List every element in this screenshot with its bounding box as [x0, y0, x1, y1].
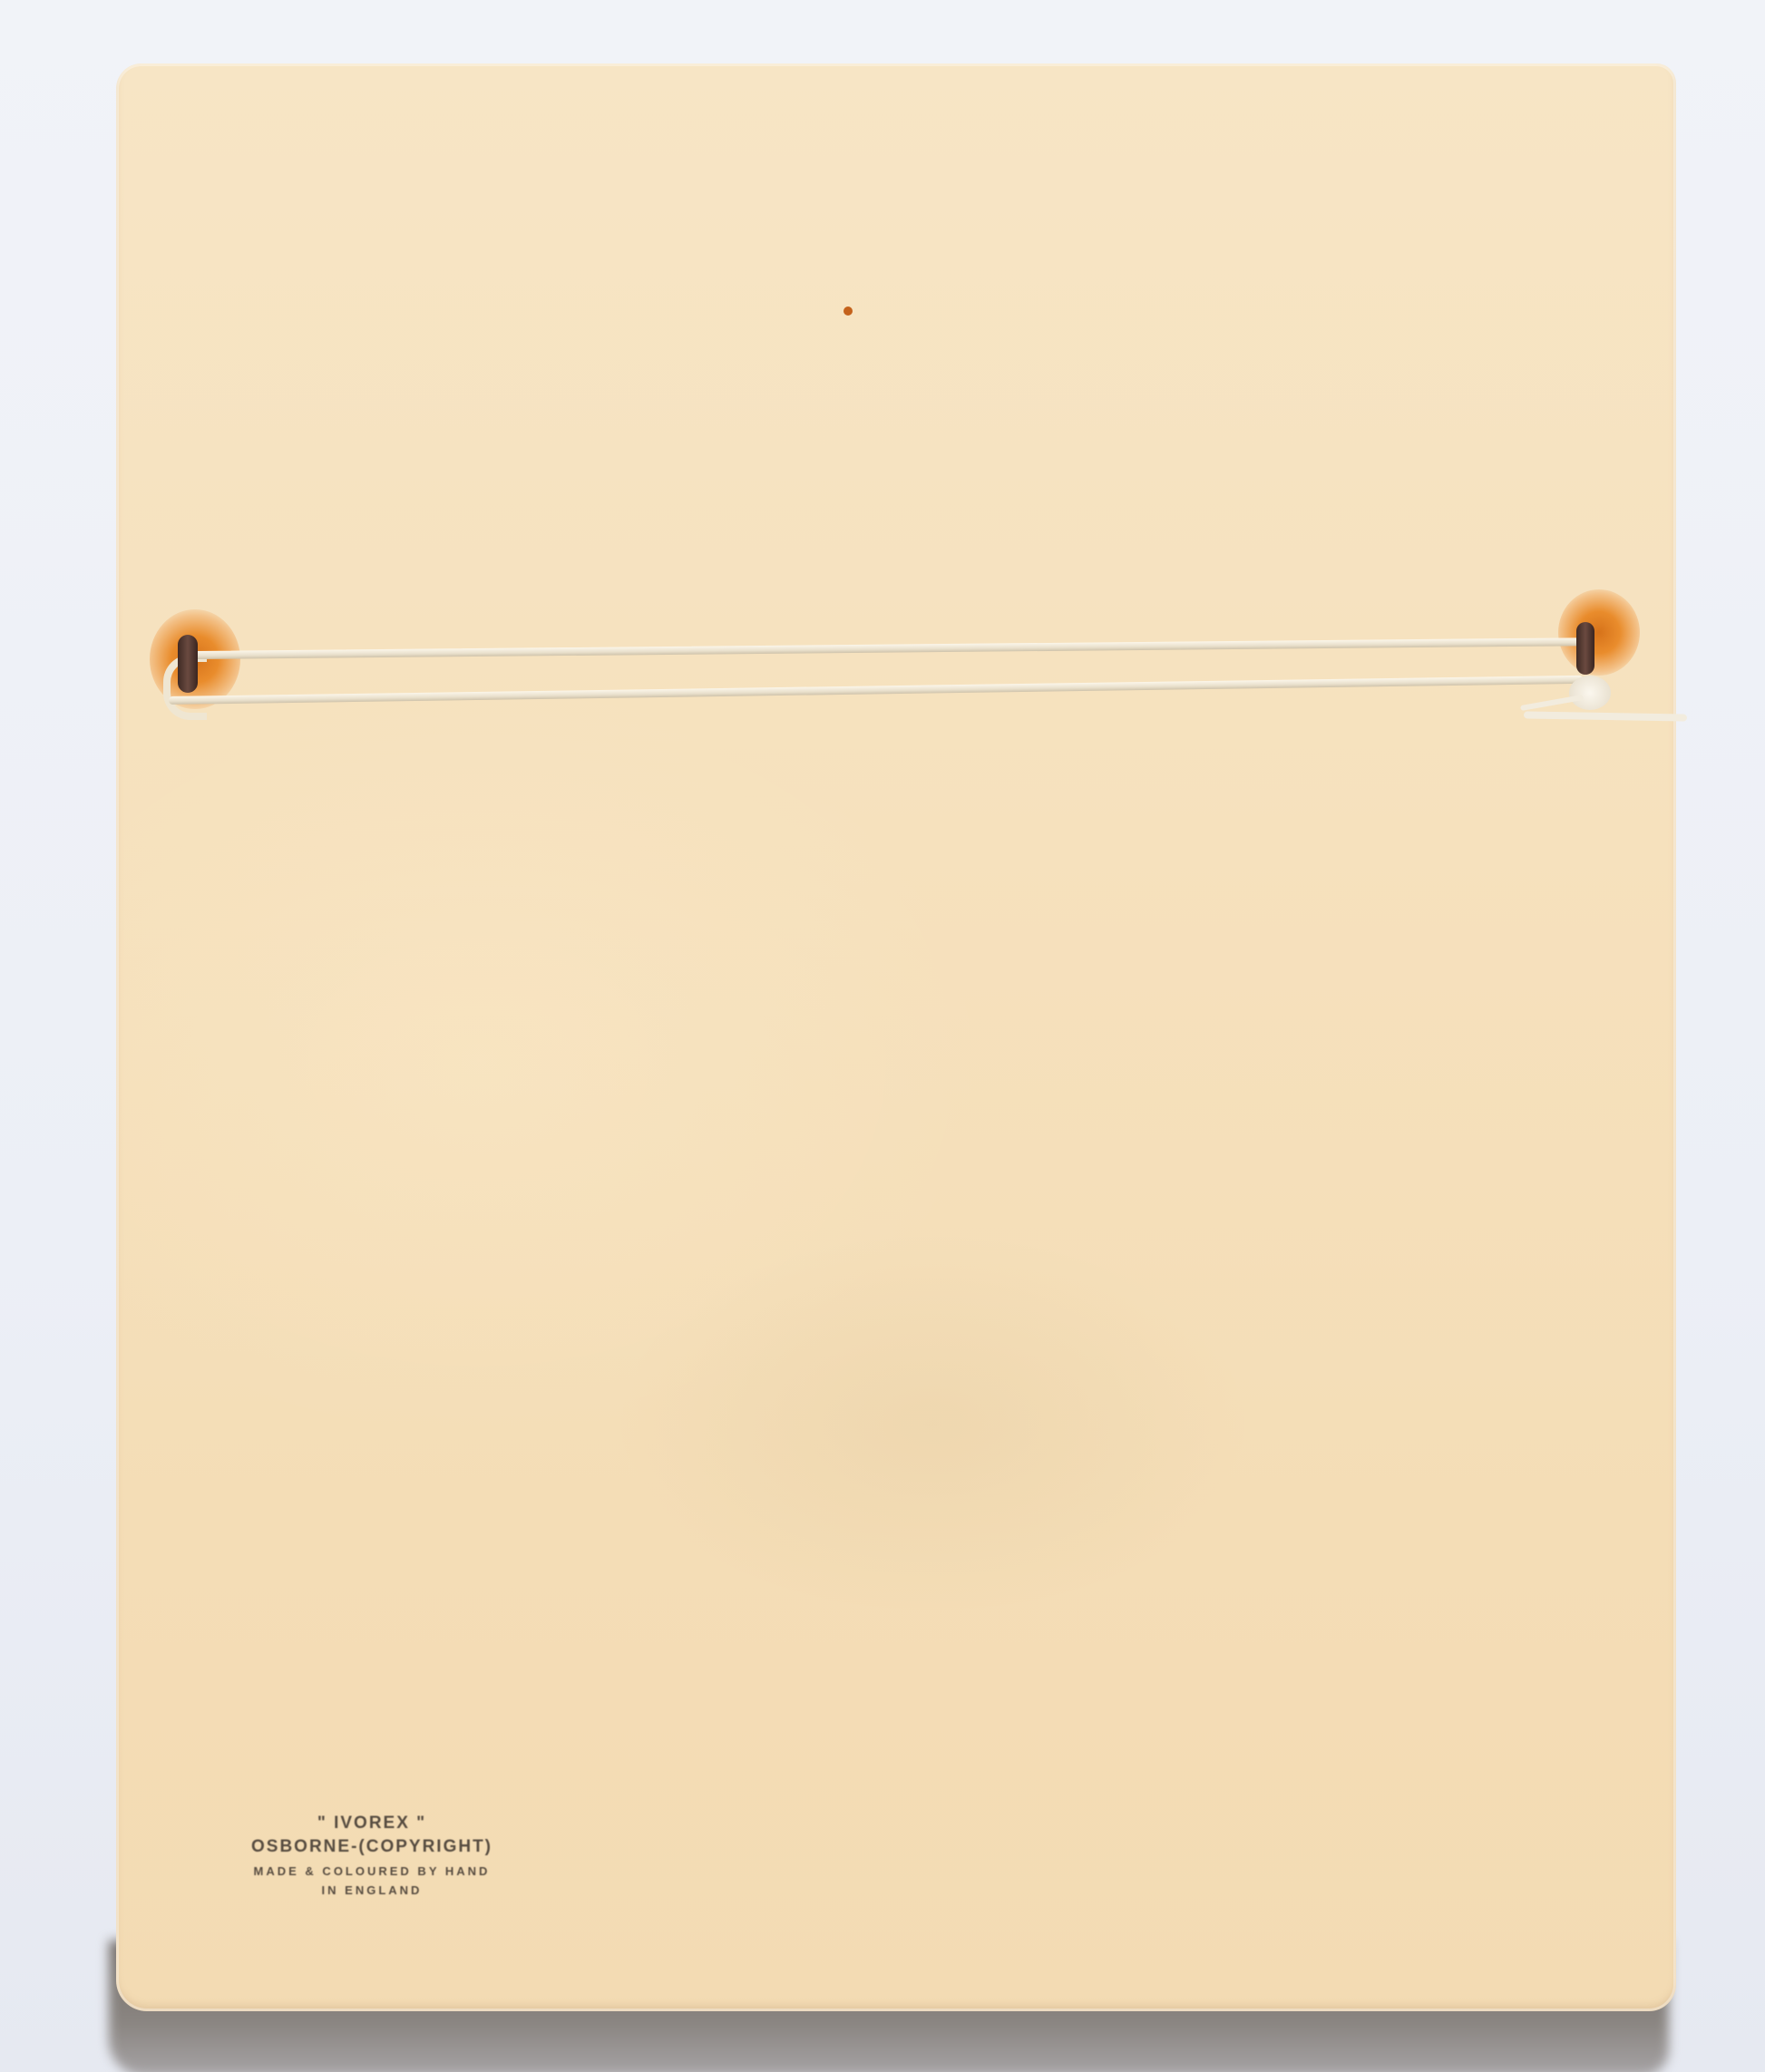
stamp-origin: IN ENGLAND — [172, 1883, 571, 1897]
cord-knot — [1569, 676, 1611, 710]
stamp-maker: OSBORNE-(COPYRIGHT) — [172, 1837, 571, 1857]
rust-stain-right — [1558, 589, 1640, 676]
screw-eye-right — [1576, 622, 1594, 675]
maker-stamp: " IVOREX " OSBORNE-(COPYRIGHT) MADE & CO… — [172, 1814, 571, 1897]
screw-eye-left — [178, 635, 198, 693]
rust-spot — [843, 306, 853, 316]
stamp-made-by: MADE & COLOURED BY HAND — [172, 1864, 571, 1878]
plaque-back — [116, 63, 1676, 2011]
stamp-brand: " IVOREX " — [172, 1814, 571, 1834]
